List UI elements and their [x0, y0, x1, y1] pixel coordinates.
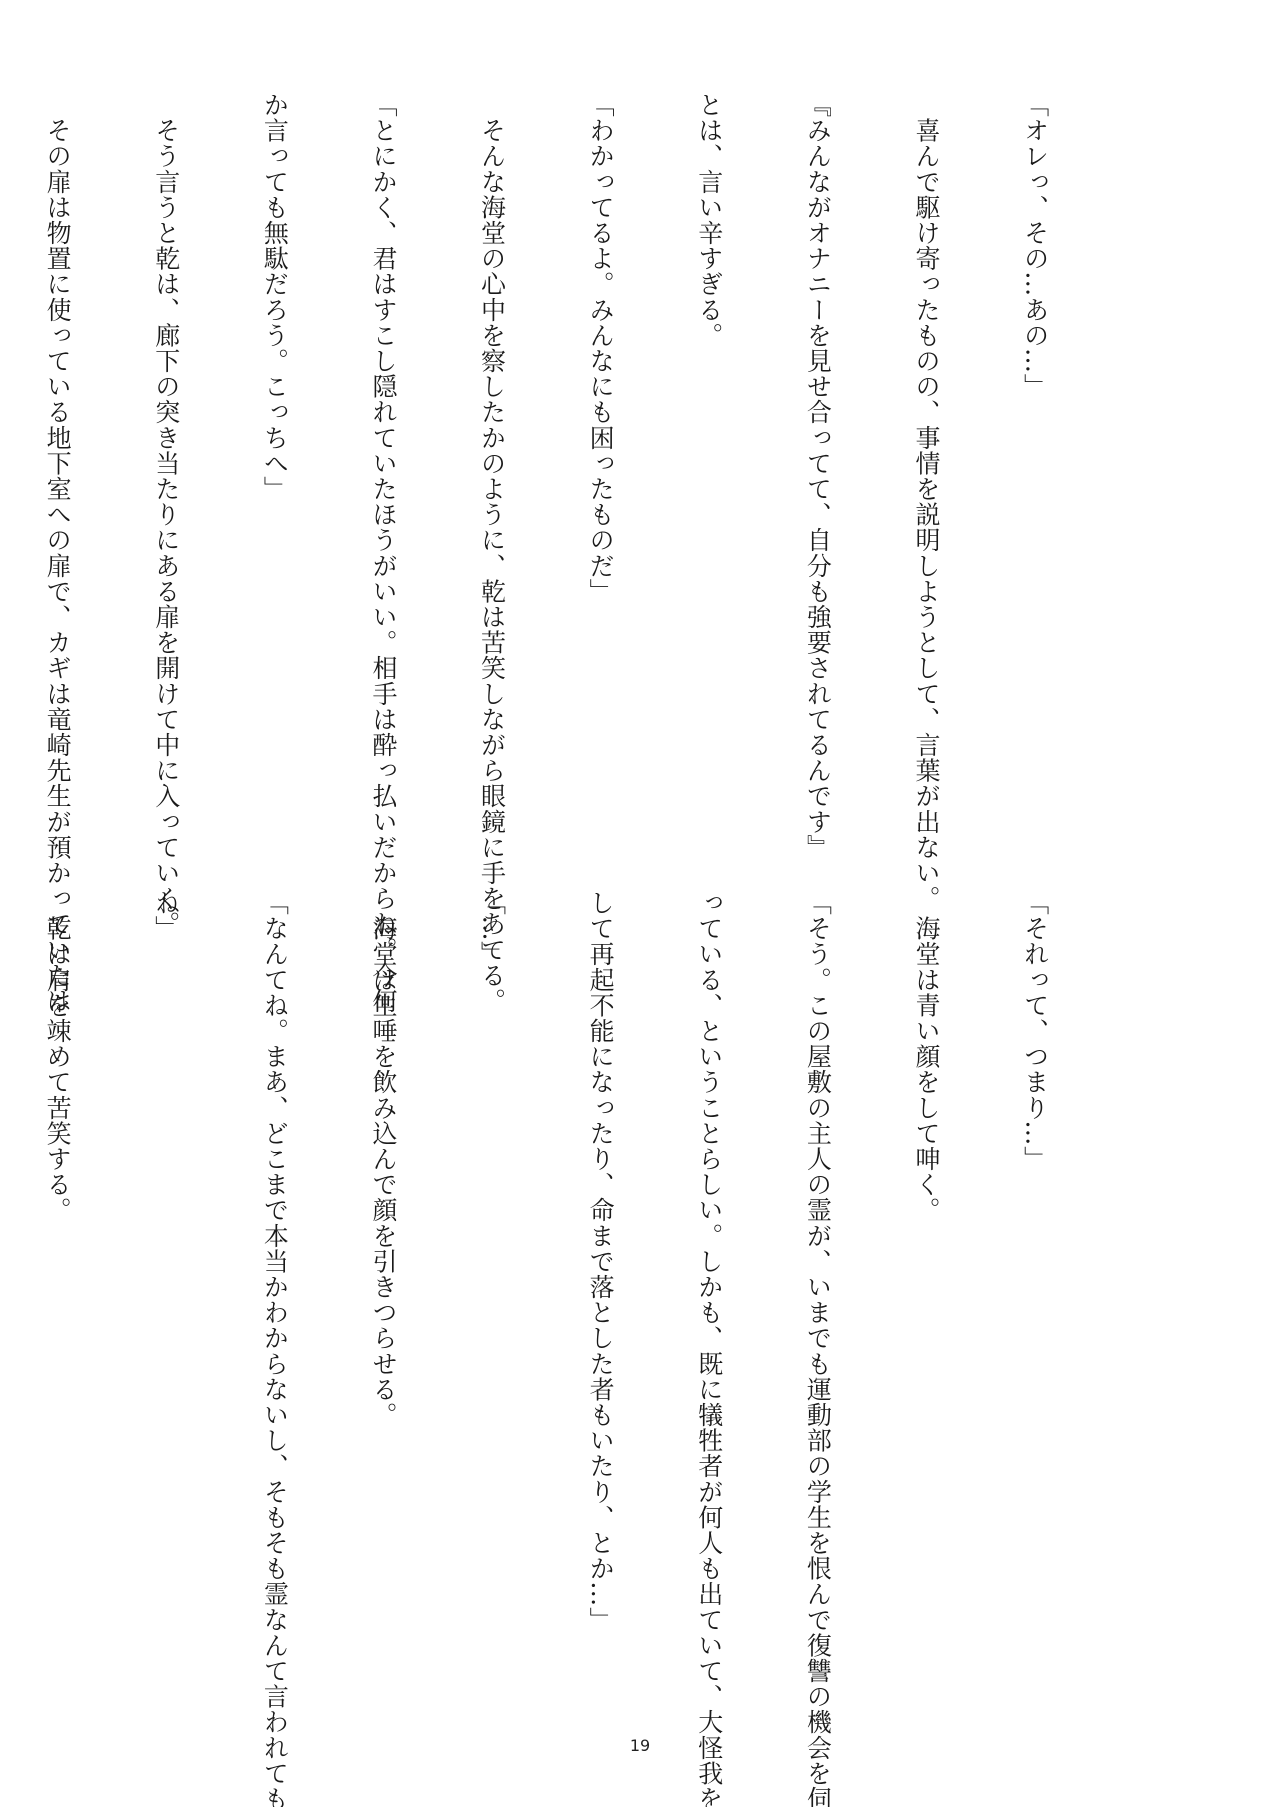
text-line: 乾は肩を竦めて苦笑する。 — [39, 890, 75, 1660]
text-block-lower: 「それって、つまり…」 海堂は青い顔をして呻く。 「そう。この屋敷の主人の霊が、… — [0, 890, 1125, 1660]
text-line: とは、言い辛すぎる。 — [691, 92, 727, 862]
text-line: 「わかってるよ。みんなにも困ったものだ」 — [582, 92, 618, 862]
document-page: 「オレっ、その…あの…」 喜んで駆け寄ったものの、事情を説明しようとして、言葉が… — [0, 0, 1280, 1807]
text-line: 「なんてね。まあ、どこまで本当かわからないし、そもそも霊なんて言われても — [256, 890, 292, 1660]
text-line: 「それって、つまり…」 — [1016, 890, 1052, 1660]
text-line: 喜んで駆け寄ったものの、事情を説明しようとして、言葉が出ない。 — [908, 92, 944, 862]
text-line: ね」 — [148, 890, 184, 1660]
text-line: その扉は物置に使っている地下室への扉で、カギは竜崎先生が預かっていたは — [39, 92, 75, 862]
text-line: 『みんながオナニーを見せ合ってて、自分も強要されてるんです』 — [799, 92, 835, 862]
page-number: 19 — [0, 1736, 1280, 1755]
text-line: 海堂は青い顔をして呻く。 — [908, 890, 944, 1660]
text-block-upper: 「オレっ、その…あの…」 喜んで駆け寄ったものの、事情を説明しようとして、言葉が… — [0, 92, 1125, 862]
text-line: 海堂は生唾を飲み込んで顔を引きつらせる。 — [365, 890, 401, 1660]
text-line: して再起不能になったり、命まで落とした者もいたり、とか…」 — [582, 890, 618, 1660]
text-line: 「とにかく、君はすこし隠れていたほうがいい。相手は酔っ払いだからね。今何 — [365, 92, 401, 862]
text-line: 「…」 — [473, 890, 509, 1660]
text-line: っている、ということらしい。しかも、既に犠牲者が何人も出ていて、大怪我を — [691, 890, 727, 1660]
text-line: 「そう。この屋敷の主人の霊が、いまでも運動部の学生を恨んで復讐の機会を伺 — [799, 890, 835, 1660]
text-line: そう言うと乾は、廊下の突き当たりにある扉を開けて中に入っていく。 — [148, 92, 184, 862]
text-line: か言っても無駄だろう。こっちへ」 — [256, 92, 292, 862]
text-line: そんな海堂の心中を察したかのように、乾は苦笑しながら眼鏡に手をあてる。 — [473, 92, 509, 862]
text-line: 「オレっ、その…あの…」 — [1016, 92, 1052, 862]
